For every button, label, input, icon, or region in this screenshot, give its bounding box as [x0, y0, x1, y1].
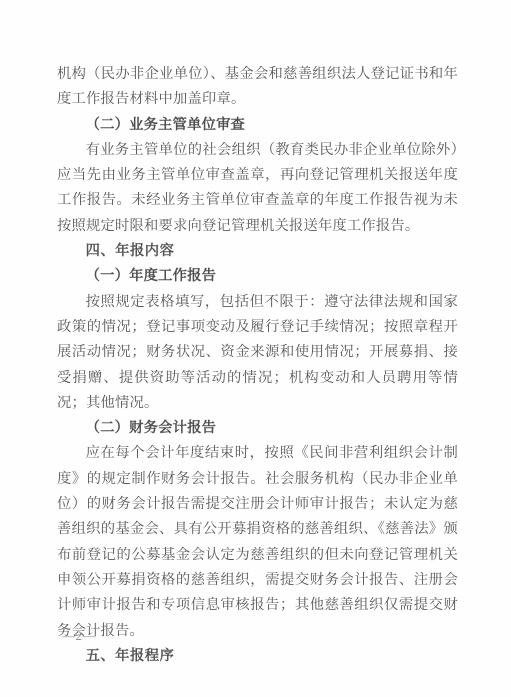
body-paragraph: 按照规定表格填写，包括但不限于：遵守法律法规和国家政策的情况；登记事项变动及履行… [57, 290, 458, 416]
section-heading: （一）年度工作报告 [57, 264, 458, 289]
body-paragraph: 机构（民办非企业单位）、基金会和慈善组织法人登记证书和年度工作报告材料中加盖印章… [57, 62, 458, 113]
body-paragraph: 应在每个会计年度结束时，按照《民间非营利组织会计制度》的规定制作财务会计报告。社… [57, 441, 458, 643]
body-paragraph: 有业务主管单位的社会组织（教育类民办非企业单位除外）应当先由业务主管单位审查盖章… [57, 138, 458, 239]
section-heading: 四、年报内容 [57, 239, 458, 264]
document-page: 机构（民办非企业单位）、基金会和慈善组织法人登记证书和年度工作报告材料中加盖印章… [0, 0, 511, 697]
section-heading: 五、年报程序 [57, 644, 458, 669]
page-number: —2— [62, 628, 96, 644]
section-heading: （二）财务会计报告 [57, 416, 458, 441]
document-body: 机构（民办非企业单位）、基金会和慈善组织法人登记证书和年度工作报告材料中加盖印章… [57, 62, 458, 669]
section-heading: （二）业务主管单位审查 [57, 113, 458, 138]
